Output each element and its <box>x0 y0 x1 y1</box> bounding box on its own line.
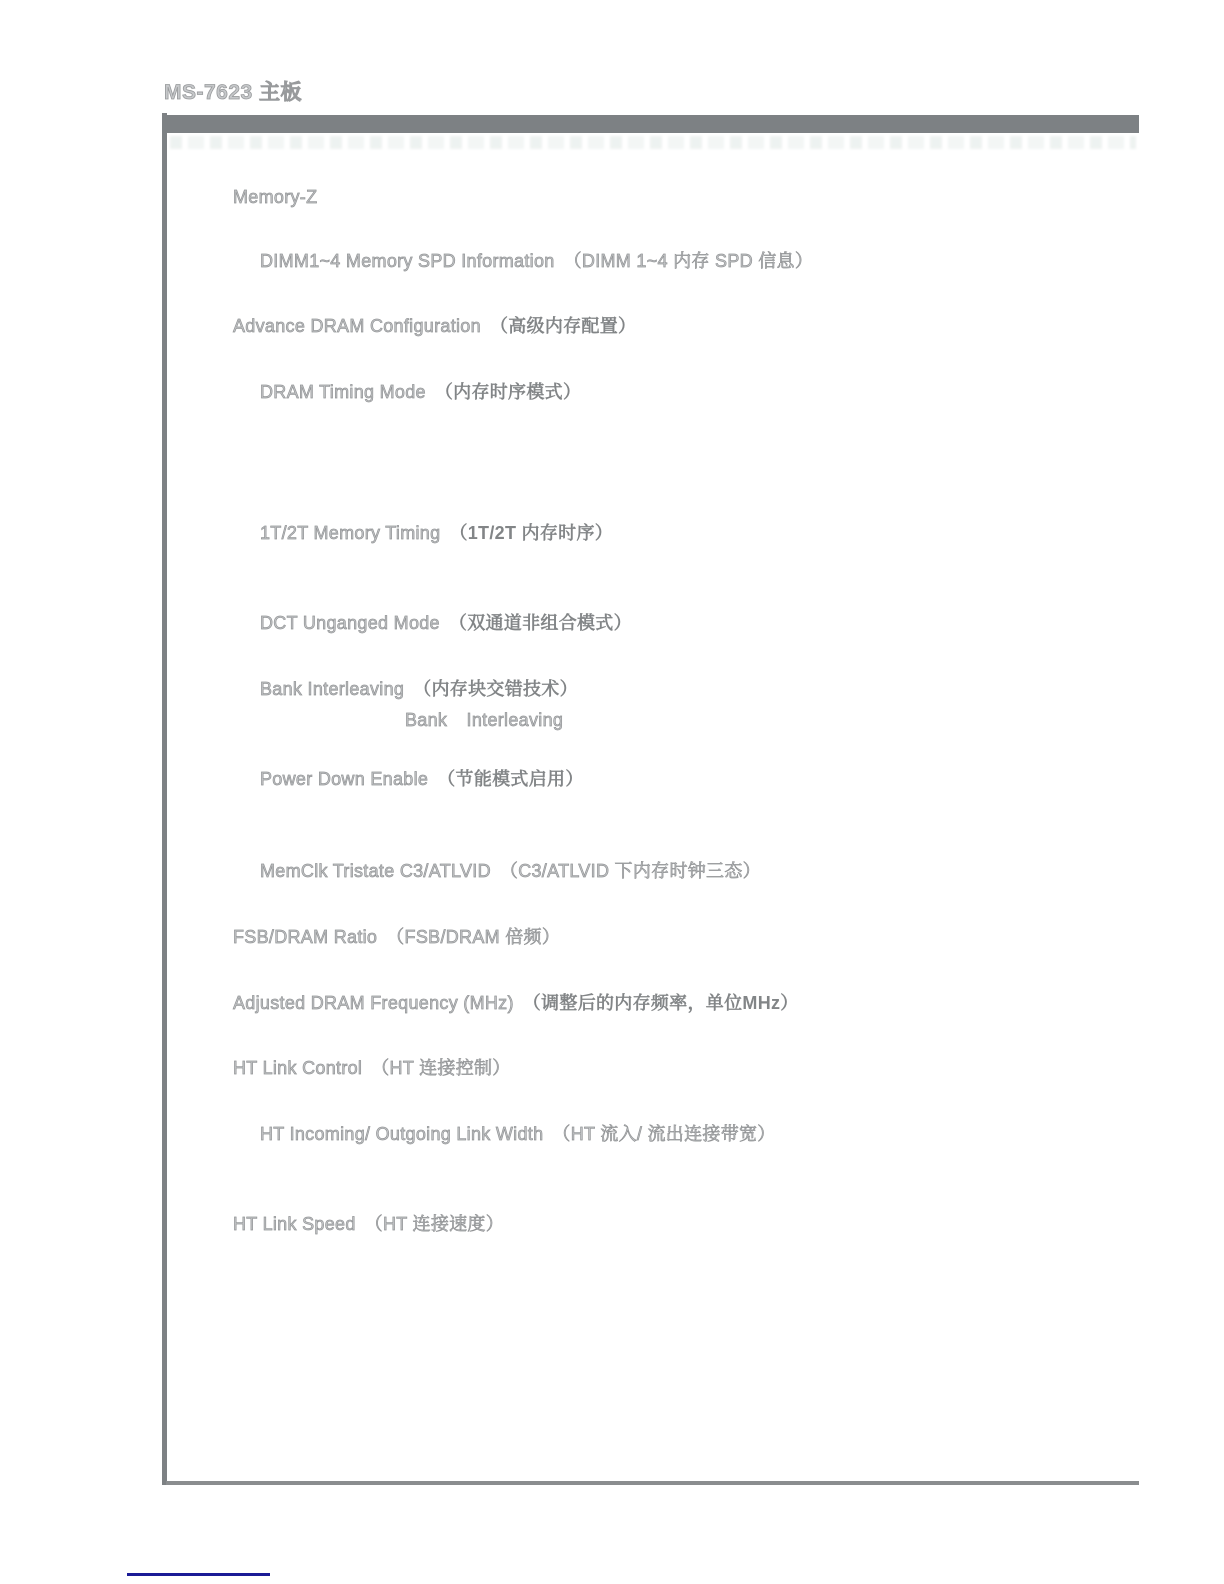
setting-power-down-enable: Power Down Enable （节能模式启用） <box>260 767 584 791</box>
setting-memclk-tristate: MemClk Tristate C3/ATLVID （C3/ATLVID 下内存… <box>260 859 761 883</box>
setting-label: HT Incoming/ Outgoing Link Width <box>260 1124 543 1144</box>
setting-label-zh: （HT 流入/ 流出连接带宽） <box>552 1124 775 1144</box>
section-heading-ht-link-control: HT Link Control （HT 连接控制） <box>233 1056 511 1080</box>
setting-label: Adjusted DRAM Frequency (MHz) <box>233 993 514 1013</box>
setting-label: MemClk Tristate C3/ATLVID <box>260 861 491 881</box>
setting-dimm-spd: DIMM1~4 Memory SPD Information （DIMM 1~4… <box>260 249 813 273</box>
section-heading-advance-dram: Advance DRAM Configuration （高级内存配置） <box>233 314 636 338</box>
setting-label: Memory-Z <box>233 187 317 207</box>
setting-label: 1T/2T Memory Timing <box>260 523 440 543</box>
section-heading-fsb-dram-ratio: FSB/DRAM Ratio （FSB/DRAM 倍频） <box>233 925 560 949</box>
setting-label: Power Down Enable <box>260 769 428 789</box>
content-bottom-rule <box>166 1481 1139 1485</box>
section-heading-memory-z: Memory-Z <box>233 185 317 209</box>
setting-label-zh: （高级内存配置） <box>490 316 636 336</box>
setting-dct-unganged-mode: DCT Unganged Mode （双通道非组合模式） <box>260 611 632 635</box>
setting-bank-interleaving: Bank Interleaving （内存块交错技术） <box>260 677 578 701</box>
setting-label: HT Link Speed <box>233 1214 356 1234</box>
page-title: MS-7623 主板 <box>164 76 302 106</box>
setting-label: DIMM1~4 Memory SPD Information <box>260 251 555 271</box>
setting-label-zh: （HT 连接控制） <box>371 1058 510 1078</box>
left-border-rule <box>162 113 167 1485</box>
setting-label: HT Link Control <box>233 1058 362 1078</box>
footer-link-underline <box>127 1573 270 1576</box>
setting-label-zh: （FSB/DRAM 倍频） <box>386 927 560 947</box>
setting-label: DRAM Timing Mode <box>260 382 426 402</box>
header-accent-bar <box>166 115 1139 133</box>
setting-1t2t-memory-timing: 1T/2T Memory Timing （1T/2T 内存时序） <box>260 521 613 545</box>
setting-label-zh: （调整后的内存频率，单位MHz） <box>523 993 799 1013</box>
setting-value: Bank Interleaving <box>405 710 563 730</box>
setting-label-zh: （双通道非组合模式） <box>449 613 632 633</box>
setting-value-line: Bank Interleaving <box>405 708 563 732</box>
setting-label: DCT Unganged Mode <box>260 613 440 633</box>
setting-label-zh: （节能模式启用） <box>437 769 583 789</box>
setting-label-zh: （C3/ATLVID 下内存时钟三态） <box>500 861 761 881</box>
document-page: MS-7623 主板 Memory-Z DIMM1~4 Memory SPD I… <box>0 0 1224 1584</box>
setting-ht-link-width: HT Incoming/ Outgoing Link Width （HT 流入/… <box>260 1122 776 1146</box>
setting-label-zh: （内存块交错技术） <box>413 679 578 699</box>
setting-label: FSB/DRAM Ratio <box>233 927 377 947</box>
section-heading-ht-link-speed: HT Link Speed （HT 连接速度） <box>233 1212 504 1236</box>
setting-label: Advance DRAM Configuration <box>233 316 481 336</box>
setting-label-zh: （DIMM 1~4 内存 SPD 信息） <box>564 251 814 271</box>
section-heading-adjusted-dram-frequency: Adjusted DRAM Frequency (MHz) （调整后的内存频率，… <box>233 991 799 1015</box>
setting-label-zh: （内存时序模式） <box>435 382 581 402</box>
setting-label-zh: （HT 连接速度） <box>365 1214 504 1234</box>
ghost-text-artifact <box>170 136 1136 149</box>
setting-label-zh: （1T/2T 内存时序） <box>449 523 613 543</box>
setting-dram-timing-mode: DRAM Timing Mode （内存时序模式） <box>260 380 581 404</box>
setting-label: Bank Interleaving <box>260 679 404 699</box>
